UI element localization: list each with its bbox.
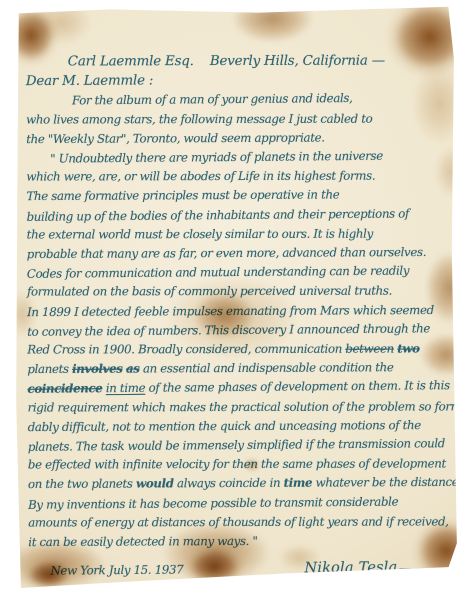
text-segment: coincidence (27, 382, 102, 397)
text-segment: time (284, 476, 313, 490)
text-segment: For the album of a man of your genius an… (72, 91, 353, 107)
text-segment: rigid requirement which makes the practi… (28, 399, 458, 414)
text-segment: Red Cross in 1900. Broadly considered, c… (27, 342, 345, 357)
text-segment: would (136, 477, 174, 491)
text-segment: an essential and indispensable condition… (139, 360, 393, 375)
text-segment: Codes for communication and mutual under… (27, 264, 409, 281)
letter-line: coincidence in time of the same phases o… (27, 377, 450, 400)
letter-line: By my inventions it has become possible … (28, 492, 451, 515)
text-segment: Carl Laemmle Esq. Beverly Hills, Califor… (68, 54, 385, 70)
text-segment: Dear M. Laemmle : (26, 74, 153, 90)
letter-line: who lives among stars, the following mes… (26, 109, 449, 129)
text-segment: to convey the idea of numbers. This disc… (27, 321, 430, 339)
signature: Nikola Tesla (304, 559, 435, 579)
letter-line: formulated on the basis of commonly perc… (27, 282, 450, 302)
text-segment: the external world must be closely simil… (27, 226, 373, 241)
text-segment: formulated on the basis of commonly perc… (27, 284, 392, 299)
text-segment: " Undoubtedly there are myriads of plane… (50, 149, 383, 166)
text-segment: New York July 15. 1937 (50, 563, 183, 578)
letter-line: be effected with infinite velocity for t… (28, 455, 451, 475)
letter-page: Carl Laemmle Esq. Beverly Hills, Califor… (13, 6, 457, 589)
text-segment: which were, are, or will be abodes of Li… (26, 169, 375, 184)
letter-line: on the two planets would always coincide… (28, 473, 451, 494)
text-segment: of the same phases of development on the… (145, 379, 450, 396)
text-segment: amounts of energy at distances of thousa… (28, 514, 448, 529)
text-segment: planets. The task would be immensely sim… (28, 436, 445, 454)
text-segment: In 1899 I detected feeble impulses emana… (27, 303, 434, 319)
letter-line: it can be easily detected in many ways. … (28, 531, 451, 552)
letter-line: For the album of a man of your genius an… (26, 89, 449, 112)
letter-body: Carl Laemmle Esq. Beverly Hills, Califor… (26, 51, 452, 581)
text-segment: it can be easily detected in many ways. … (28, 534, 257, 549)
text-segment: between (345, 342, 394, 356)
letter-line: to convey the idea of numbers. This disc… (27, 319, 450, 342)
text-segment: be effected with infinite velocity for t… (28, 457, 446, 472)
text-segment: By my inventions it has become possible … (28, 494, 398, 511)
text-segment: always coincide in (174, 476, 284, 491)
text-segment: probable that many are as far, or even m… (27, 245, 426, 261)
photo-background: Carl Laemmle Esq. Beverly Hills, Califor… (0, 0, 471, 600)
letter-line: the external world must be closely simil… (27, 224, 450, 244)
stain (31, 6, 91, 45)
letter-line: Red Cross in 1900. Broadly considered, c… (27, 339, 450, 359)
text-segment: on the two planets (28, 477, 136, 492)
text-segment: The same formative principles must be op… (26, 188, 339, 204)
letter-line: The same formative principles must be op… (26, 185, 449, 206)
text-segment: dably difficult, not to mention the quic… (28, 418, 421, 434)
text-segment: involves (72, 362, 123, 376)
letter-line: rigid requirement which makes the practi… (28, 397, 451, 417)
letter-line: building up of the bodies of the inhabit… (26, 204, 449, 227)
text-segment: the "Weekly Star", Toronto, would seem a… (26, 130, 325, 146)
letter-line: amounts of energy at distances of thousa… (28, 512, 451, 532)
text-segment: as (126, 362, 140, 376)
text-segment: whatever be the distance. (312, 475, 457, 490)
stain (231, 6, 313, 43)
text-segment: two (397, 342, 419, 356)
text-segment: in time (106, 381, 145, 395)
text-segment: building up of the bodies of the inhabit… (27, 206, 410, 223)
address-line: Carl Laemmle Esq. Beverly Hills, Califor… (26, 51, 449, 71)
text-segment: who lives among stars, the following mes… (26, 111, 372, 126)
text-segment: planets (27, 362, 72, 376)
dateline: New York July 15. 1937Nikola Tesla (28, 558, 451, 581)
letter-line: which were, are, or will be abodes of Li… (26, 167, 449, 187)
